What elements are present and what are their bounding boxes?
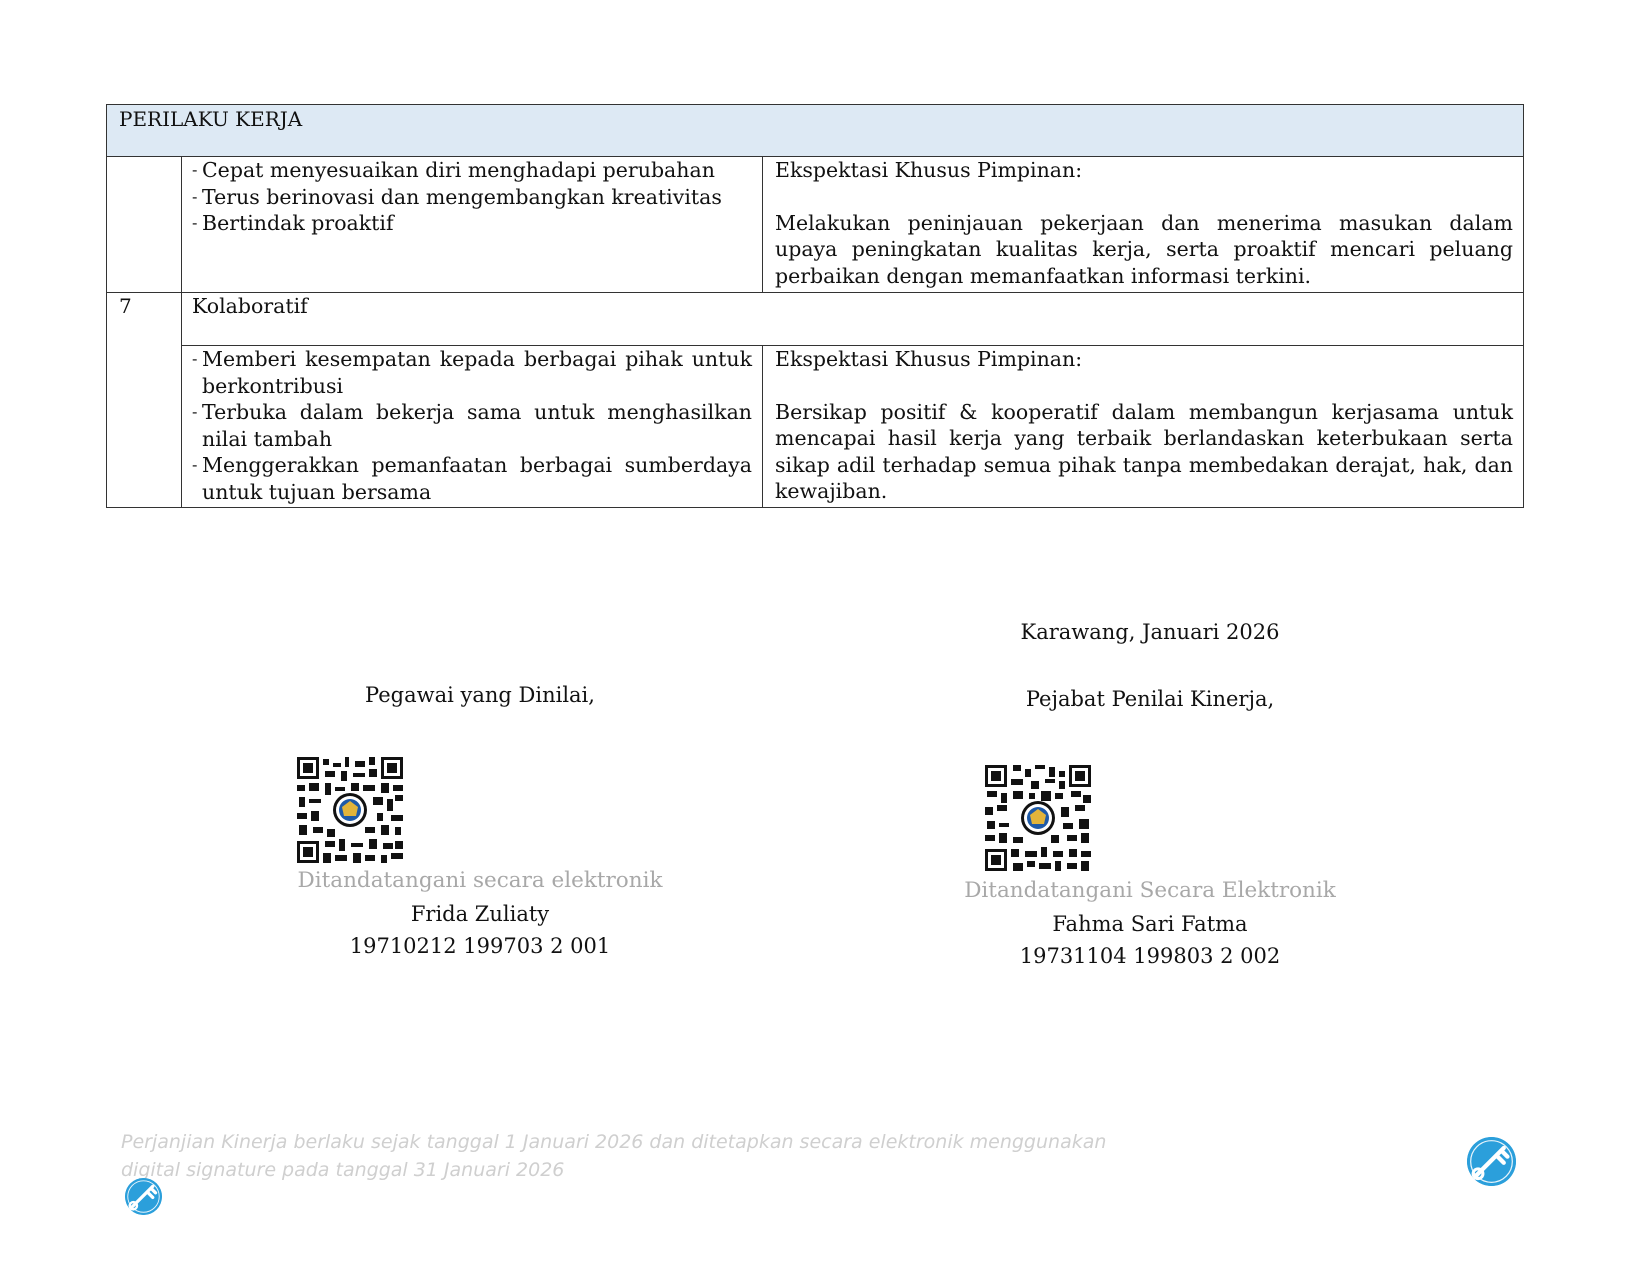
performance-behavior-table: PERILAKU KERJA -Cepat menyesuaikan diri … — [106, 104, 1524, 508]
expectation-text: Bersikap positif & kooperatif dalam memb… — [775, 399, 1513, 505]
digital-key-icon — [125, 1178, 162, 1215]
assessor-nip: 19731104 199803 2 002 — [960, 944, 1340, 968]
employee-name: Frida Zuliaty — [280, 902, 680, 926]
list-item: -Terbuka dalam bekerja sama untuk mengha… — [192, 399, 752, 452]
esign-label: Ditandatangani Secara Elektronik — [960, 878, 1340, 903]
qr-code-icon — [983, 763, 1093, 873]
employee-role: Pegawai yang Dinilai, — [280, 683, 680, 707]
expectation-label: Ekspektasi Khusus Pimpinan: — [775, 157, 1513, 184]
section-header: PERILAKU KERJA — [107, 105, 1523, 157]
list-item: -Terus berinovasi dan mengembangkan krea… — [192, 184, 752, 211]
qr-code-icon — [295, 755, 405, 865]
place-date: Karawang, Januari 2026 — [960, 620, 1340, 644]
employee-nip: 19710212 199703 2 001 — [280, 934, 680, 958]
expectation-text: Melakukan peninjauan pekerjaan dan mener… — [775, 210, 1513, 290]
row-number: 7 — [107, 293, 182, 507]
row-number — [107, 157, 182, 292]
footer-note: Perjanjian Kinerja berlaku sejak tanggal… — [121, 1128, 1121, 1184]
esign-label: Ditandatangani secara elektronik — [280, 868, 680, 893]
list-item: -Memberi kesempatan kepada berbagai piha… — [192, 346, 752, 399]
list-item: -Bertindak proaktif — [192, 210, 752, 237]
assessor-role: Pejabat Penilai Kinerja, — [960, 687, 1340, 711]
digital-key-icon — [1467, 1137, 1516, 1186]
expectation-label: Ekspektasi Khusus Pimpinan: — [775, 346, 1513, 373]
leader-expectation: Ekspektasi Khusus Pimpinan: Melakukan pe… — [763, 157, 1523, 292]
table-row: 7 Kolaboratif -Memberi kesempatan kepada… — [107, 293, 1523, 507]
list-item: -Cepat menyesuaikan diri menghadapi peru… — [192, 157, 752, 184]
leader-expectation: Ekspektasi Khusus Pimpinan: Bersikap pos… — [763, 346, 1523, 507]
behavior-list: -Memberi kesempatan kepada berbagai piha… — [182, 346, 763, 507]
behavior-title: Kolaboratif — [182, 293, 1523, 346]
table-row: -Cepat menyesuaikan diri menghadapi peru… — [107, 157, 1523, 293]
assessor-name: Fahma Sari Fatma — [960, 912, 1340, 936]
behavior-list: -Cepat menyesuaikan diri menghadapi peru… — [182, 157, 763, 292]
list-item: -Menggerakkan pemanfaatan berbagai sumbe… — [192, 452, 752, 505]
